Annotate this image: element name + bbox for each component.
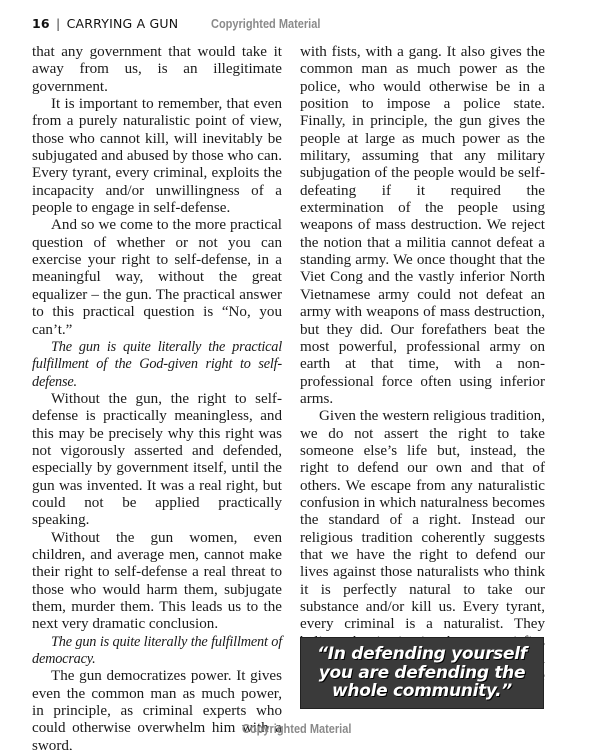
paragraph: that any government that would take it a… [32,44,282,96]
right-text-column: with fists, with a gang. It also gives t… [300,44,545,703]
left-text-column: that any government that would take it a… [32,44,282,750]
page-number: 16 [32,16,50,31]
copyright-watermark-bottom: Copyrighted Material [242,722,351,736]
pull-quote-box: “In defending yourself you are defending… [300,637,544,709]
pull-quote-text: “In defending yourself you are defending… [317,645,527,701]
chapter-title: CARRYING A GUN [67,16,179,31]
paragraph: Without the gun women, even children, an… [32,530,282,634]
emphasis-statement: The gun is quite literally the fulfillme… [32,634,282,669]
header-separator: | [56,16,60,31]
running-header: 16 | CARRYING A GUN [32,16,178,31]
pull-quote-line: you are defending the [317,664,527,683]
paragraph: Without the gun, the right to self-defen… [32,391,282,530]
paragraph: It is important to remember, that even f… [32,96,282,217]
paragraph: The gun democratizes power. It gives eve… [32,668,282,750]
paragraph: with fists, with a gang. It also gives t… [300,44,545,408]
pull-quote-line: “In defending yourself [317,645,527,664]
pull-quote-line: whole community.” [317,682,527,701]
paragraph: And so we come to the more practical que… [32,217,282,338]
emphasis-statement: The gun is quite literally the practical… [32,339,282,391]
copyright-watermark-top: Copyrighted Material [211,17,320,31]
